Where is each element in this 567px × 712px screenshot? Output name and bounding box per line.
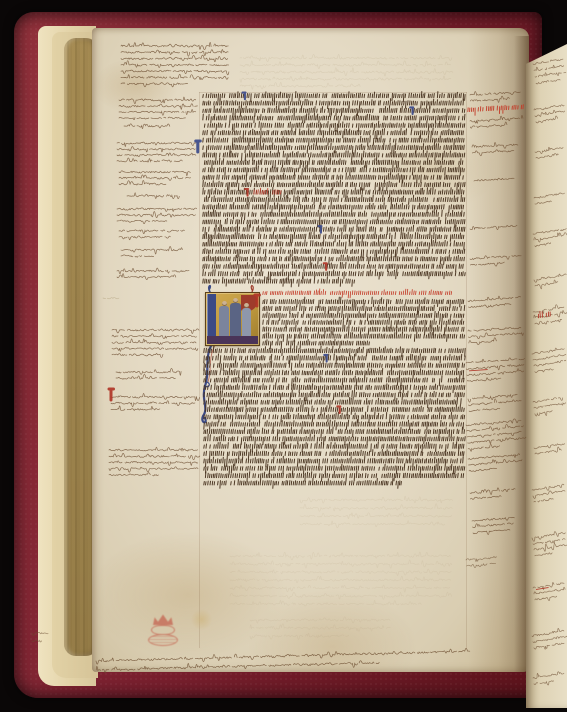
stamp-crown-icon	[153, 614, 173, 625]
ruling-line-top	[199, 92, 467, 93]
facing-page-edge	[526, 34, 567, 708]
initial-figure-right	[242, 308, 251, 336]
initial-gold-panel	[205, 292, 260, 346]
figure-head	[222, 301, 227, 306]
illuminated-initial	[196, 282, 266, 434]
ruling-line-right	[466, 92, 467, 648]
page-stain	[191, 609, 212, 630]
manuscript-photo	[0, 0, 567, 712]
initial-figure-left	[219, 306, 229, 336]
figure-head	[244, 303, 249, 308]
initial-figure-center	[230, 303, 241, 336]
figure-head	[233, 298, 238, 303]
manuscript-page	[92, 28, 529, 672]
library-stamp	[146, 614, 180, 648]
stamp-base-oval	[148, 634, 178, 646]
initial-ground-band	[207, 336, 258, 344]
